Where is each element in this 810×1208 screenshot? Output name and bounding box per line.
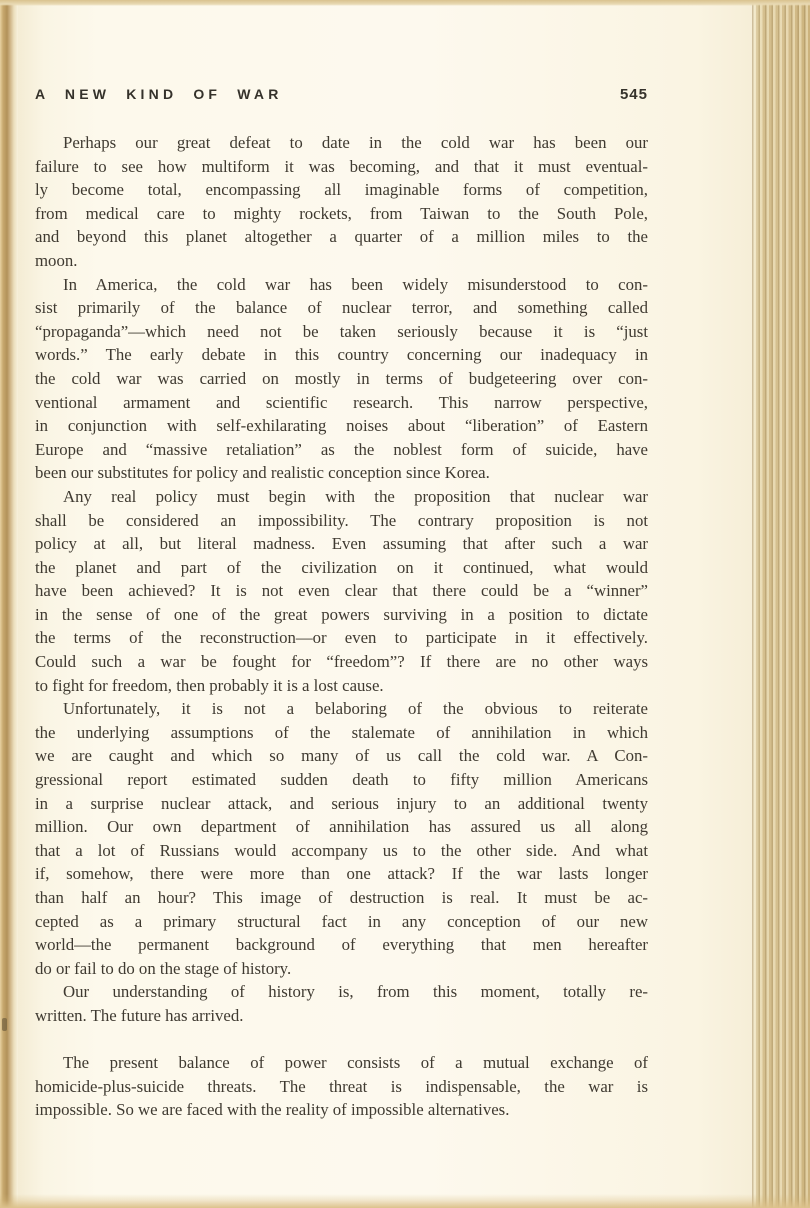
text-line: in a surprise nuclear attack, and seriou… bbox=[35, 792, 648, 816]
text-line: and beyond this planet altogether a quar… bbox=[35, 225, 648, 249]
text-line: homicide-plus-suicide threats. The threa… bbox=[35, 1075, 648, 1099]
text-line: million. Our own department of annihilat… bbox=[35, 815, 648, 839]
text-line: Perhaps our great defeat to date in the … bbox=[35, 131, 648, 155]
text-line: the planet and part of the civilization … bbox=[35, 556, 648, 580]
text-line: Our understanding of history is, from th… bbox=[35, 980, 648, 1004]
text-line: have been achieved? It is not even clear… bbox=[35, 579, 648, 603]
text-line: written. The future has arrived. bbox=[35, 1004, 648, 1028]
text-line: ventional armament and scientific resear… bbox=[35, 391, 648, 415]
binding-ink-mark bbox=[2, 1018, 7, 1031]
book-top-edge bbox=[0, 0, 810, 6]
text-line: “propaganda”—which need not be taken ser… bbox=[35, 320, 648, 344]
book-page-photo: A NEW KIND OF WAR 545 Perhaps our great … bbox=[0, 0, 810, 1208]
text-line: the underlying assumptions of the stalem… bbox=[35, 721, 648, 745]
paragraph: Any real policy must begin with the prop… bbox=[35, 485, 648, 697]
text-line: policy at all, but literal madness. Even… bbox=[35, 532, 648, 556]
text-line: Any real policy must begin with the prop… bbox=[35, 485, 648, 509]
paragraph: Unfortunately, it is not a belaboring of… bbox=[35, 697, 648, 980]
book-page: A NEW KIND OF WAR 545 Perhaps our great … bbox=[18, 0, 754, 1208]
text-line: moon. bbox=[35, 249, 648, 273]
book-bottom-edge bbox=[0, 1194, 810, 1208]
text-line: impossible. So we are faced with the rea… bbox=[35, 1098, 648, 1122]
text-line: In America, the cold war has been widely… bbox=[35, 273, 648, 297]
chapter-title: A NEW KIND OF WAR bbox=[35, 86, 283, 102]
page-number: 545 bbox=[620, 86, 648, 103]
text-line: to fight for freedom, then probably it i… bbox=[35, 674, 648, 698]
running-head: A NEW KIND OF WAR 545 bbox=[35, 86, 648, 103]
text-line: words.” The early debate in this country… bbox=[35, 343, 648, 367]
text-line: Europe and “massive retaliation” as the … bbox=[35, 438, 648, 462]
book-fore-edge-pages bbox=[752, 0, 810, 1208]
text-line: than half an hour? This image of destruc… bbox=[35, 886, 648, 910]
text-line: in conjunction with self-exhilarating no… bbox=[35, 414, 648, 438]
text-line: the terms of the reconstruction—or even … bbox=[35, 626, 648, 650]
text-line: that a lot of Russians would accompany u… bbox=[35, 839, 648, 863]
text-line: if, somehow, there were more than one at… bbox=[35, 862, 648, 886]
page-content: A NEW KIND OF WAR 545 Perhaps our great … bbox=[18, 0, 648, 1122]
text-line: we are caught and which so many of us ca… bbox=[35, 744, 648, 768]
page-body-text: Perhaps our great defeat to date in the … bbox=[35, 131, 648, 1122]
text-line: the cold war was carried on mostly in te… bbox=[35, 367, 648, 391]
paragraph: Our understanding of history is, from th… bbox=[35, 980, 648, 1027]
text-line: been our substitutes for policy and real… bbox=[35, 461, 648, 485]
text-line: in the sense of one of the great powers … bbox=[35, 603, 648, 627]
text-line: ly become total, encompassing all imagin… bbox=[35, 178, 648, 202]
text-line: gressional report estimated sudden death… bbox=[35, 768, 648, 792]
text-line: cepted as a primary structural fact in a… bbox=[35, 910, 648, 934]
text-line: from medical care to mighty rockets, fro… bbox=[35, 202, 648, 226]
paragraph: In America, the cold war has been widely… bbox=[35, 273, 648, 485]
text-line: world—the permanent background of everyt… bbox=[35, 933, 648, 957]
text-line: failure to see how multiform it was beco… bbox=[35, 155, 648, 179]
text-line: do or fail to do on the stage of history… bbox=[35, 957, 648, 981]
paragraph: The present balance of power consists of… bbox=[35, 1051, 648, 1122]
text-line: Could such a war be fought for “freedom”… bbox=[35, 650, 648, 674]
text-line: sist primarily of the balance of nuclear… bbox=[35, 296, 648, 320]
paragraph: Perhaps our great defeat to date in the … bbox=[35, 131, 648, 273]
text-line: Unfortunately, it is not a belaboring of… bbox=[35, 697, 648, 721]
text-line: shall be considered an impossibility. Th… bbox=[35, 509, 648, 533]
text-line: The present balance of power consists of… bbox=[35, 1051, 648, 1075]
